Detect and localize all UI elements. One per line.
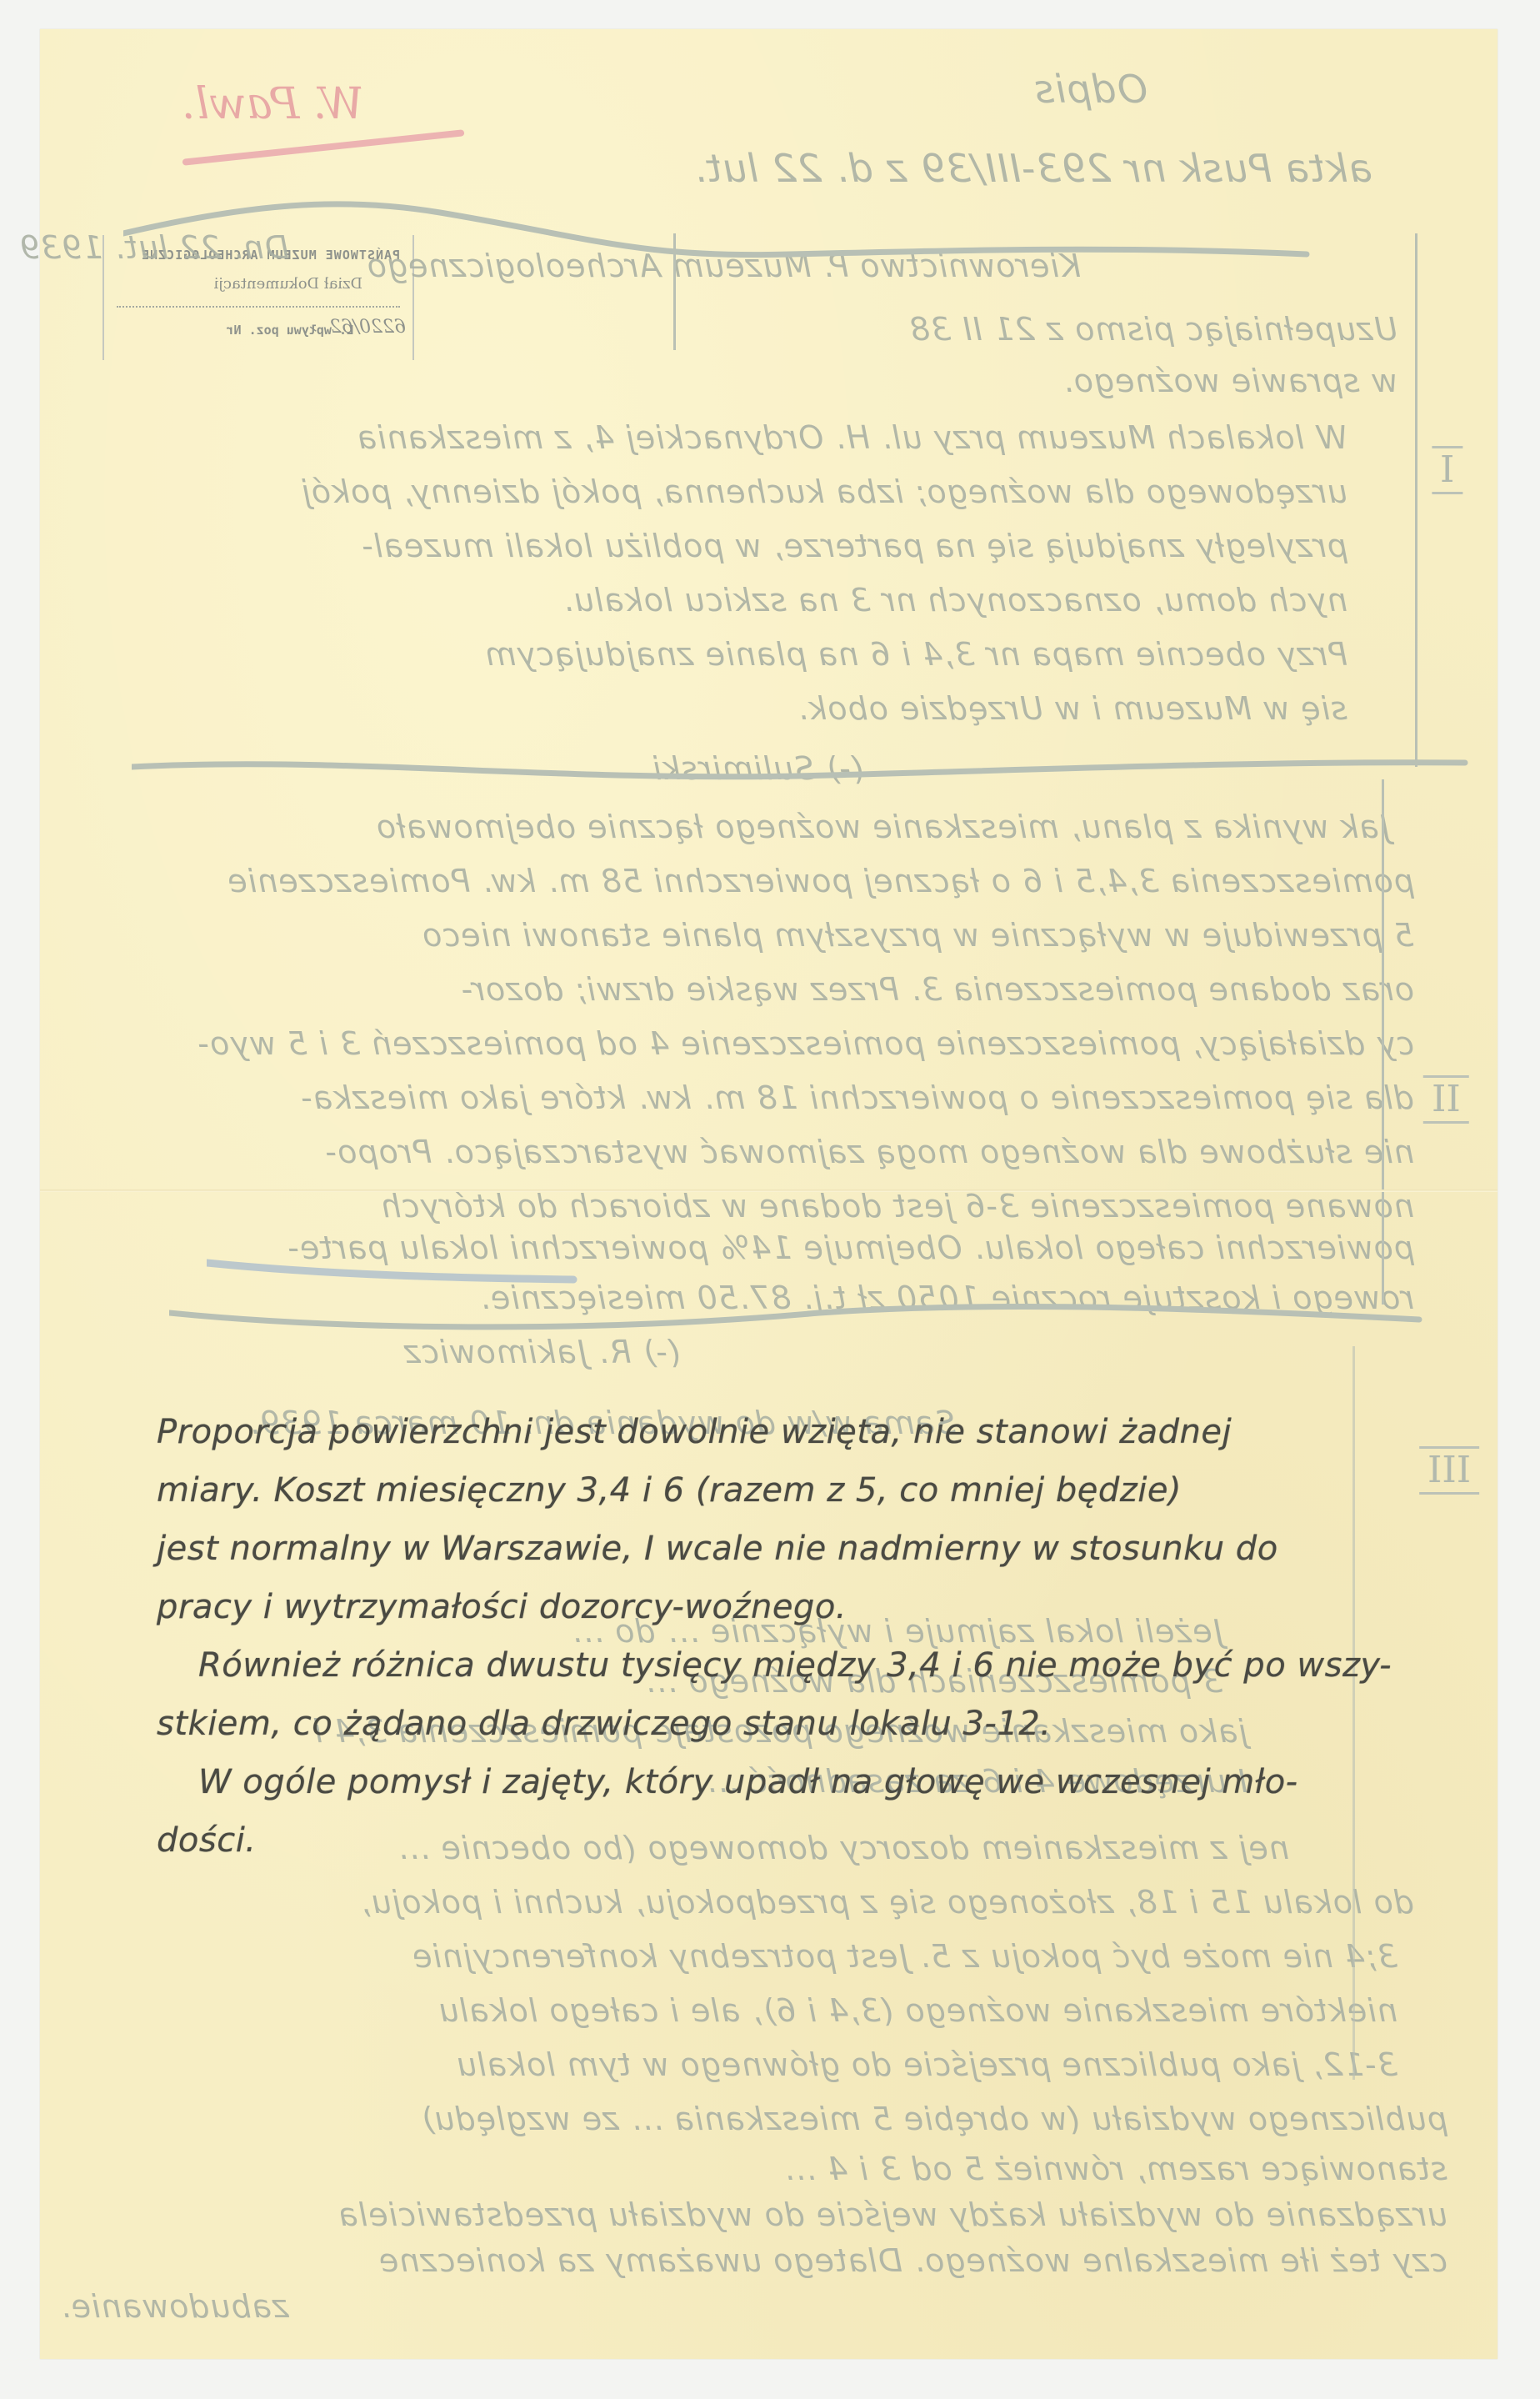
front-handwritten-text: Proporcja powierzchni jest dowolnie wzię… <box>40 29 1497 2359</box>
text-line: stkiem, co żądano dla drzwiczego stanu l… <box>157 1705 1051 1743</box>
text-line: W ogóle pomysł i zajęty, który upadł na … <box>198 1763 1298 1801</box>
text-line: jest normalny w Warszawie, I wcale nie n… <box>157 1530 1278 1568</box>
text-line: Proporcja powierzchni jest dowolnie wzię… <box>157 1413 1232 1451</box>
text-line: miary. Koszt miesięczny 3,4 i 6 (razem z… <box>157 1471 1182 1510</box>
text-line: pracy i wytrzymałości dozorcy-woźnego. <box>157 1588 847 1626</box>
text-line: dości. <box>157 1821 257 1860</box>
text-line: Również różnica dwustu tysięcy między 3,… <box>198 1646 1392 1685</box>
document-page: W. Pawl. PAŃSTWOWE MUZEUM ARCHEOLOGICZNE… <box>40 29 1497 2359</box>
